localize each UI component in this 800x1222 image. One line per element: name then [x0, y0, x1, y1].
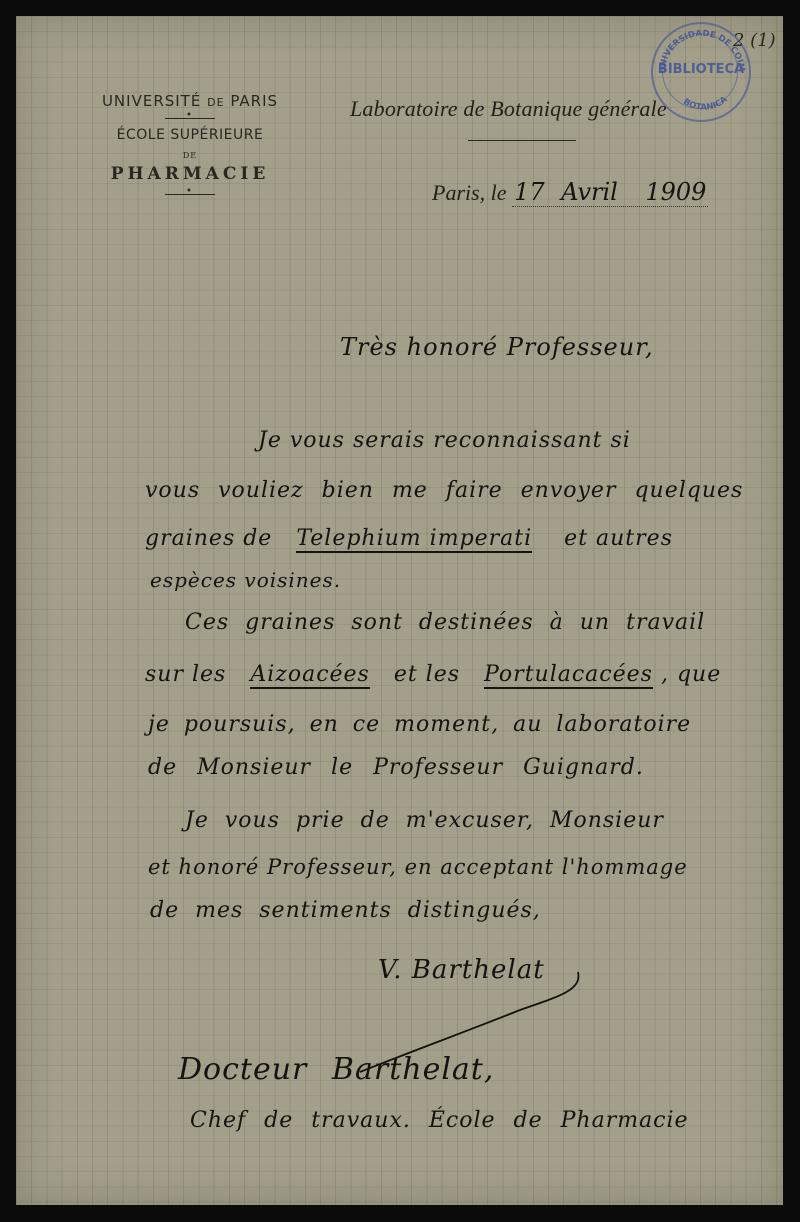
letter-line-10: et honoré Professeur, en acceptant l'hom…: [148, 855, 688, 879]
ornament-divider: [468, 140, 576, 141]
archive-reference-number: 2 (1): [733, 30, 776, 51]
date-month: Avril: [561, 178, 618, 206]
letter-line-1: Je vous serais reconnaissant si: [258, 428, 631, 453]
letter-line-6: sur les Aizoacées et les Portulacacées ,…: [145, 662, 721, 687]
date-field: 17 Avril 1909: [512, 178, 708, 207]
university-name: UNIVERSITÉ DE PARIS: [40, 92, 340, 110]
school-name-line2: PHARMACIE: [40, 164, 340, 184]
date-day: 17: [514, 178, 545, 206]
letter-line-5: Ces graines sont destinées à un travail: [185, 610, 705, 635]
letter-line-2: vous vouliez bien me faire envoyer quelq…: [145, 478, 743, 503]
sender-name: Docteur Barthelat,: [178, 1052, 494, 1087]
date-prefix: Paris, le: [432, 180, 507, 205]
school-de: DE: [40, 151, 340, 160]
sender-title: Chef de travaux. École de Pharmacie: [190, 1108, 689, 1133]
species-name: Telephium imperati: [296, 526, 532, 553]
laboratory-name: Laboratoire de Botanique générale: [350, 96, 667, 122]
letter-line-3: graines de Telephium imperati et autres: [145, 526, 673, 551]
family-name-portulacaceae: Portulacacées: [484, 662, 653, 689]
letter-line-8: de Monsieur le Professeur Guignard.: [148, 755, 644, 780]
letter-line-4: espèces voisines.: [150, 568, 341, 592]
ornament-divider: [165, 194, 215, 195]
salutation: Très honoré Professeur,: [340, 333, 654, 361]
family-name-aizoaceae: Aizoacées: [250, 662, 370, 689]
school-name-line1: ÉCOLE SUPÉRIEURE: [40, 127, 340, 143]
ornament-divider: [165, 118, 215, 119]
letter-line-11: de mes sentiments distingués,: [150, 898, 541, 923]
stamp-center-text: BIBLIOTECA: [653, 62, 749, 77]
svg-text:BOTANICA: BOTANICA: [681, 94, 730, 112]
date-line: Paris, le 17 Avril 1909: [432, 178, 708, 207]
letter-line-9: Je vous prie de m'excuser, Monsieur: [185, 808, 664, 833]
letter-line-7: je poursuis, en ce moment, au laboratoir…: [148, 712, 691, 737]
letterhead-institution: UNIVERSITÉ DE PARIS ÉCOLE SUPÉRIEURE DE …: [40, 92, 340, 203]
date-year: 1909: [645, 178, 706, 206]
